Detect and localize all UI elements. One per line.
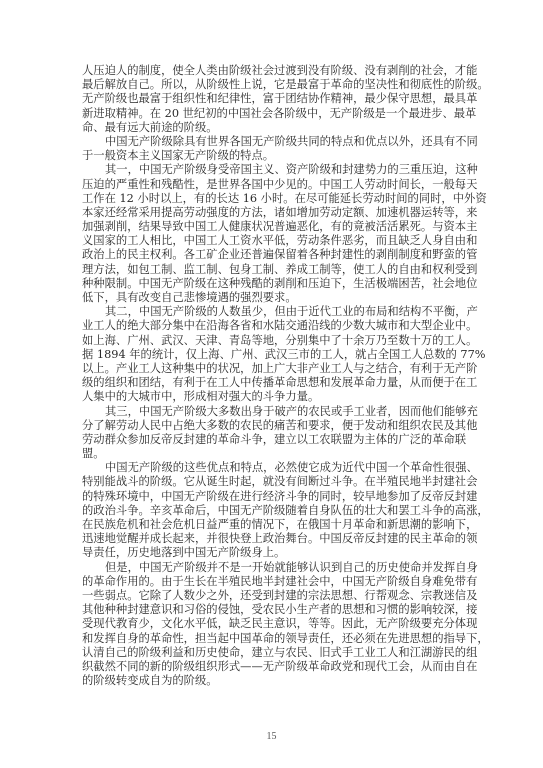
text-line: 新进取精神。在 20 世纪初的中国社会各阶级中，无产阶级是一个最进步、最革 xyxy=(82,107,463,121)
text-line: 中国无产阶级除具有世界各国无产阶级共同的特点和优点以外，还具有不同 xyxy=(82,135,463,149)
text-line: 中国无产阶级的这些优点和特点，必然使它成为近代中国一个革命性很强、 xyxy=(82,461,463,475)
text-line: 级的组织和团结，有利于在工人中传播革命思想和发展革命力量，从而便于在工 xyxy=(82,376,463,390)
text-line: 人压迫人的制度，使全人类由阶级社会过渡到没有阶级、没有剥削的社会，才能 xyxy=(82,64,463,78)
text-line: 其二，中国无产阶级的人数虽少，但由于近代工业的布局和结构不平衡，产 xyxy=(82,305,463,319)
text-line: 受现代教育少，文化水平低，缺乏民主意识，等等。因此，无产阶级要充分体现 xyxy=(82,617,463,631)
text-line: 理方法，如包工制、监工制、包身工制、养成工制等，使工人的自由和权利受到 xyxy=(82,263,463,277)
text-line: 的阶级转变成自为的阶级。 xyxy=(82,674,463,688)
text-line: 人集中的大城市中，形成相对强大的斗争力量。 xyxy=(82,390,463,404)
text-line: 其三，中国无产阶级大多数出身于破产的农民或手工业者，因而他们能够充 xyxy=(82,405,463,419)
text-line: 的特殊环境中，中国无产阶级在进行经济斗争的同时，较早地参加了反帝反封建 xyxy=(82,490,463,504)
text-line: 政治上的民主权利。各工矿企业还普遍保留着各种封建性的剥削制度和野蛮的管 xyxy=(82,248,463,262)
text-line: 分了解劳动人民中占绝大多数的农民的痛苦和要求，便于发动和组织农民及其他 xyxy=(82,419,463,433)
text-line: 据 1894 年的统计，仅上海、广州、武汉三市的工人，就占全国工人总数的 77% xyxy=(82,348,463,362)
text-line: 导责任，历史地落到中国无产阶级身上。 xyxy=(82,546,463,560)
text-line: 如上海、广州、武汉、天津、青岛等地，分别集中了十余万乃至数十万的工人。 xyxy=(82,334,463,348)
text-line: 和发挥自身的革命性，担当起中国革命的领导责任，还必须在先进思想的指导下， xyxy=(82,632,463,646)
text-line: 最后解放自己。所以，从阶级性上说，它是最富于革命的坚决性和彻底性的阶级。 xyxy=(82,78,463,92)
text-line: 其他种种封建意识和习俗的侵蚀，受农民小生产者的思想和习惯的影响较深，接 xyxy=(82,603,463,617)
text-line: 在民族危机和社会危机日益严重的情况下，在俄国十月革命和新思潮的影响下， xyxy=(82,518,463,532)
text-line: 压迫的严重性和残酷性，是世界各国中少见的。中国工人劳动时间长，一般每天 xyxy=(82,178,463,192)
text-line: 业工人的绝大部分集中在沿海各省和水陆交通沿线的少数大城市和大型企业中。 xyxy=(82,319,463,333)
text-line: 织截然不同的新的阶级组织形式——无产阶级革命政党和现代工会，从而由自在 xyxy=(82,660,463,674)
text-line: 其一，中国无产阶级身受帝国主义、资产阶级和封建势力的三重压迫，这种 xyxy=(82,163,463,177)
text-line: 一些弱点。它除了人数少之外，还受到封建的宗法思想、行帮观念、宗教迷信及 xyxy=(82,589,463,603)
text-line: 本家还经常采用提高劳动强度的方法，诸如增加劳动定额、加速机器运转等，来 xyxy=(82,206,463,220)
text-line: 盟。 xyxy=(82,447,463,461)
document-page: 人压迫人的制度，使全人类由阶级社会过渡到没有阶级、没有剥削的社会，才能最后解放自… xyxy=(0,0,543,768)
body-text: 人压迫人的制度，使全人类由阶级社会过渡到没有阶级、没有剥削的社会，才能最后解放自… xyxy=(82,64,463,688)
text-line: 种种限制。中国无产阶级在这种残酷的剥削和压迫下，生活极端困苦，社会地位 xyxy=(82,277,463,291)
page-number: 15 xyxy=(0,731,543,742)
text-line: 于一般资本主义国家无产阶级的特点。 xyxy=(82,149,463,163)
text-line: 无产阶级也最富于组织性和纪律性，富于团结协作精神，最少保守思想，最具革 xyxy=(82,92,463,106)
text-line: 迅速地觉醒并成长起来，并很快登上政治舞台。中国反帝反封建的民主革命的领 xyxy=(82,532,463,546)
text-line: 的政治斗争。辛亥革命后，中国无产阶级随着自身队伍的壮大和罢工斗争的高涨， xyxy=(82,504,463,518)
text-line: 以上。产业工人这种集中的状况，加上广大非产业工人与之结合，有利于无产阶 xyxy=(82,362,463,376)
text-line: 命、最有远大前途的阶级。 xyxy=(82,121,463,135)
text-line: 特别能战斗的阶级。它从诞生时起，就没有间断过斗争。在半殖民地半封建社会 xyxy=(82,475,463,489)
text-line: 加强剥削，结果导致中国工人健康状况普遍恶化，有的竟被活活累死。与资本主 xyxy=(82,220,463,234)
text-line: 工作在 12 小时以上，有的长达 16 小时。在尽可能延长劳动时间的同时，中外资 xyxy=(82,192,463,206)
text-line: 劳动群众参加反帝反封建的革命斗争，建立以工农联盟为主体的广泛的革命联 xyxy=(82,433,463,447)
text-line: 但是，中国无产阶级并不是一开始就能够认识到自己的历史使命并发挥自身 xyxy=(82,561,463,575)
text-line: 低下，具有改变自己悲惨境遇的强烈要求。 xyxy=(82,291,463,305)
text-line: 义国家的工人相比，中国工人工资水平低，劳动条件恶劣，而且缺乏人身自由和 xyxy=(82,234,463,248)
text-line: 的革命作用的。由于生长在半殖民地半封建社会中，中国无产阶级自身难免带有 xyxy=(82,575,463,589)
text-line: 认清自己的阶级利益和历史使命，建立与农民、旧式手工业工人和江湖游民的组 xyxy=(82,646,463,660)
